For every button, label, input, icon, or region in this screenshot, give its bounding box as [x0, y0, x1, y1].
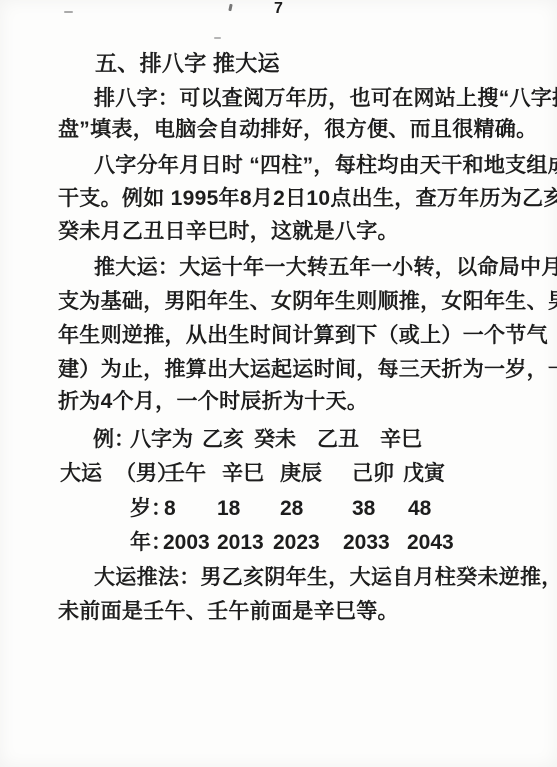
dayun-pillar: 戊寅	[403, 461, 445, 487]
scanned-book-page: 五、排八字 推大运 排八字：可以查阅万年历，也可在网站上搜“八字排 盘”填表，电…	[0, 0, 557, 767]
age-value: 18	[217, 496, 240, 522]
paragraph-line: 折为4个月，一个时辰折为十天。	[58, 389, 368, 415]
dayun-pillar: 庚辰	[280, 461, 322, 487]
paragraph-line: 盘”填表，电脑会自动排好，很方便、而且很精确。	[58, 117, 537, 143]
year-value: 2003	[163, 530, 210, 556]
year-value: 2043	[407, 530, 454, 556]
dayun-pillar: 辛巳	[222, 461, 264, 487]
age-value: 8	[164, 496, 176, 522]
age-value: 38	[352, 496, 375, 522]
age-value: 48	[408, 496, 431, 522]
pillar-hour: 辛巳	[380, 427, 422, 453]
year-value: 2033	[343, 530, 390, 556]
section-heading: 五、排八字 推大运	[95, 51, 280, 77]
dayun-label: 大运	[60, 461, 102, 487]
paragraph-line: 排八字：可以查阅万年历，也可在网站上搜“八字排	[94, 86, 557, 112]
dayun-pillar: 己卯	[352, 461, 394, 487]
year-value: 2023	[273, 530, 320, 556]
pillar-month: 癸未	[254, 427, 296, 453]
age-value: 28	[280, 496, 303, 522]
paragraph-line: 未前面是壬午、壬午前面是辛巳等。	[58, 599, 399, 625]
scan-speck	[214, 37, 221, 39]
dayun-pillar: 壬午	[164, 461, 206, 487]
paragraph-line: 干支。例如 1995年8月2日10点出生，查万年历为乙亥年	[58, 186, 557, 212]
year-value: 2013	[217, 530, 264, 556]
page-number: 7	[0, 0, 557, 18]
paragraph-line: 大运推法：男乙亥阴年生，大运自月柱癸未逆推，癸	[94, 565, 557, 591]
paragraph-line: 支为基础，男阳年生、女阴年生则顺推，女阳年生、男阴	[58, 289, 557, 315]
example-label: 例：	[93, 427, 135, 453]
example-label: 八字为	[130, 427, 193, 453]
example-bazi-row: 例： 八字为 乙亥 癸未 乙丑 辛巳	[0, 427, 557, 455]
paragraph-line: 癸未月乙丑日辛巳时，这就是八字。	[58, 219, 399, 245]
paragraph-line: 八字分年月日时 “四柱”，每柱均由天干和地支组成	[94, 153, 557, 179]
paragraph-line: 推大运：大运十年一大转五年一小转，以命局中月干	[94, 255, 557, 281]
example-dayun-row: 大运 （男） 壬午 辛巳 庚辰 己卯 戊寅	[0, 461, 557, 489]
paragraph-line: 建）为止，推算出大运起运时间，每三天折为一岁，一天	[58, 357, 557, 383]
paragraph-line: 年生则逆推，从出生时间计算到下（或上）一个节气（月	[58, 323, 557, 349]
pillar-day: 乙丑	[317, 427, 359, 453]
example-year-row: 年： 2003 2013 2023 2033 2043	[0, 530, 557, 558]
example-age-row: 岁： 8 18 28 38 48	[0, 496, 557, 524]
pillar-year: 乙亥	[202, 427, 244, 453]
